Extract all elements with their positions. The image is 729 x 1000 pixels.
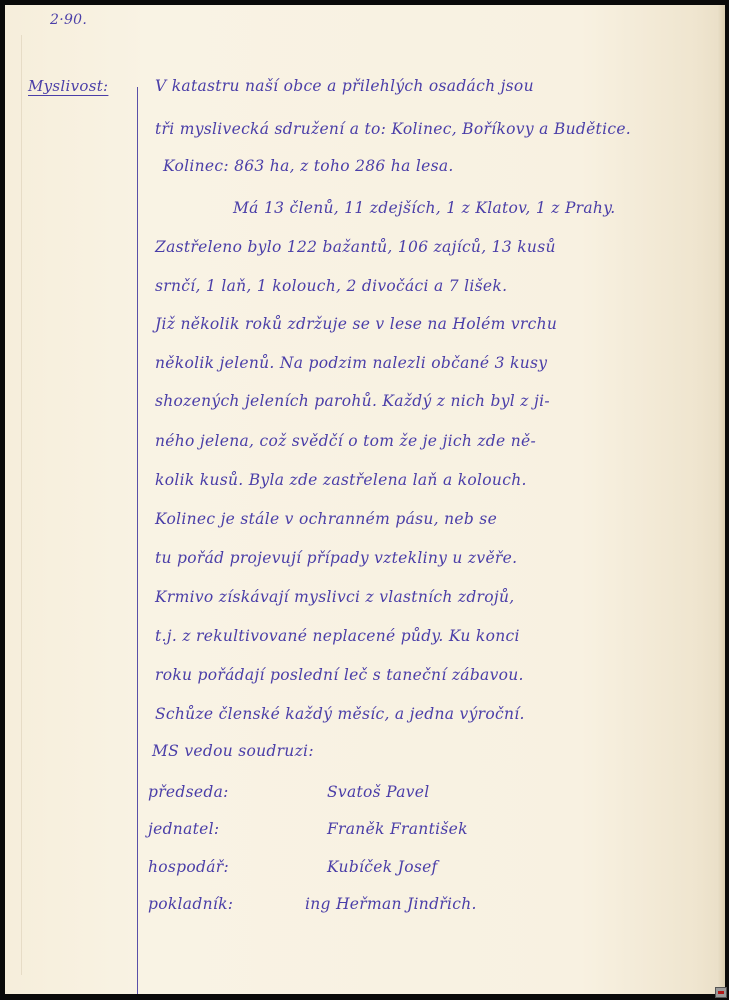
- text-line: t.j. z rekultivované neplacené půdy. Ku …: [155, 627, 520, 645]
- text-line: tři myslivecká sdružení a to: Kolinec, B…: [155, 120, 631, 138]
- text-line: Schůze členské každý měsíc, a jedna výro…: [155, 705, 525, 723]
- text-line: Kolinec je stále v ochranném pásu, neb s…: [155, 510, 497, 528]
- text-line: Má 13 členů, 11 zdejších, 1 z Klatov, 1 …: [233, 199, 615, 217]
- text-line: V katastru naší obce a přilehlých osadác…: [155, 77, 534, 95]
- page-edge-shadow: [717, 5, 725, 994]
- text-line: tu pořád projevují případy vztekliny u z…: [155, 549, 517, 567]
- text-line: Zastřeleno bylo 122 bažantů, 106 zajíců,…: [155, 238, 556, 256]
- faint-ruling-line: [21, 35, 22, 975]
- margin-line: [137, 87, 138, 994]
- officer-name: Svatoš Pavel: [327, 783, 430, 801]
- minus-icon: [718, 991, 724, 994]
- page-number: 2·90.: [50, 12, 87, 28]
- officer-role: hospodář:: [148, 858, 229, 876]
- text-line: MS vedou soudruzi:: [152, 742, 314, 760]
- text-line: shozených jeleních parohů. Každý z nich …: [155, 392, 550, 410]
- viewer-corner-button[interactable]: [715, 987, 727, 998]
- text-line: Již několik roků zdržuje se v lese na Ho…: [155, 315, 557, 333]
- officer-name: Franěk František: [327, 820, 468, 838]
- section-label: Myslivost:: [28, 77, 108, 95]
- text-line: několik jelenů. Na podzim nalezli občané…: [155, 354, 547, 372]
- officer-name: ing Heřman Jindřich.: [305, 895, 477, 913]
- officer-role: pokladník:: [148, 895, 233, 913]
- text-line: ného jelena, což svědčí o tom že je jich…: [155, 432, 536, 450]
- text-line-kolinec-area: Kolinec: 863 ha, z toho 286 ha lesa.: [163, 157, 454, 175]
- text-line: Krmivo získávají myslivci z vlastních zd…: [155, 588, 515, 606]
- text-line: kolik kusů. Byla zde zastřelena laň a ko…: [155, 471, 527, 489]
- officer-name: Kubíček Josef: [327, 858, 438, 876]
- officer-role: jednatel:: [148, 820, 219, 838]
- text-line: srnčí, 1 laň, 1 kolouch, 2 divočáci a 7 …: [155, 277, 507, 295]
- text-line: roku pořádají poslední leč s taneční záb…: [155, 666, 524, 684]
- scanned-page: 2·90. Myslivost: V katastru naší obce a …: [5, 5, 725, 994]
- officer-role: předseda:: [148, 783, 229, 801]
